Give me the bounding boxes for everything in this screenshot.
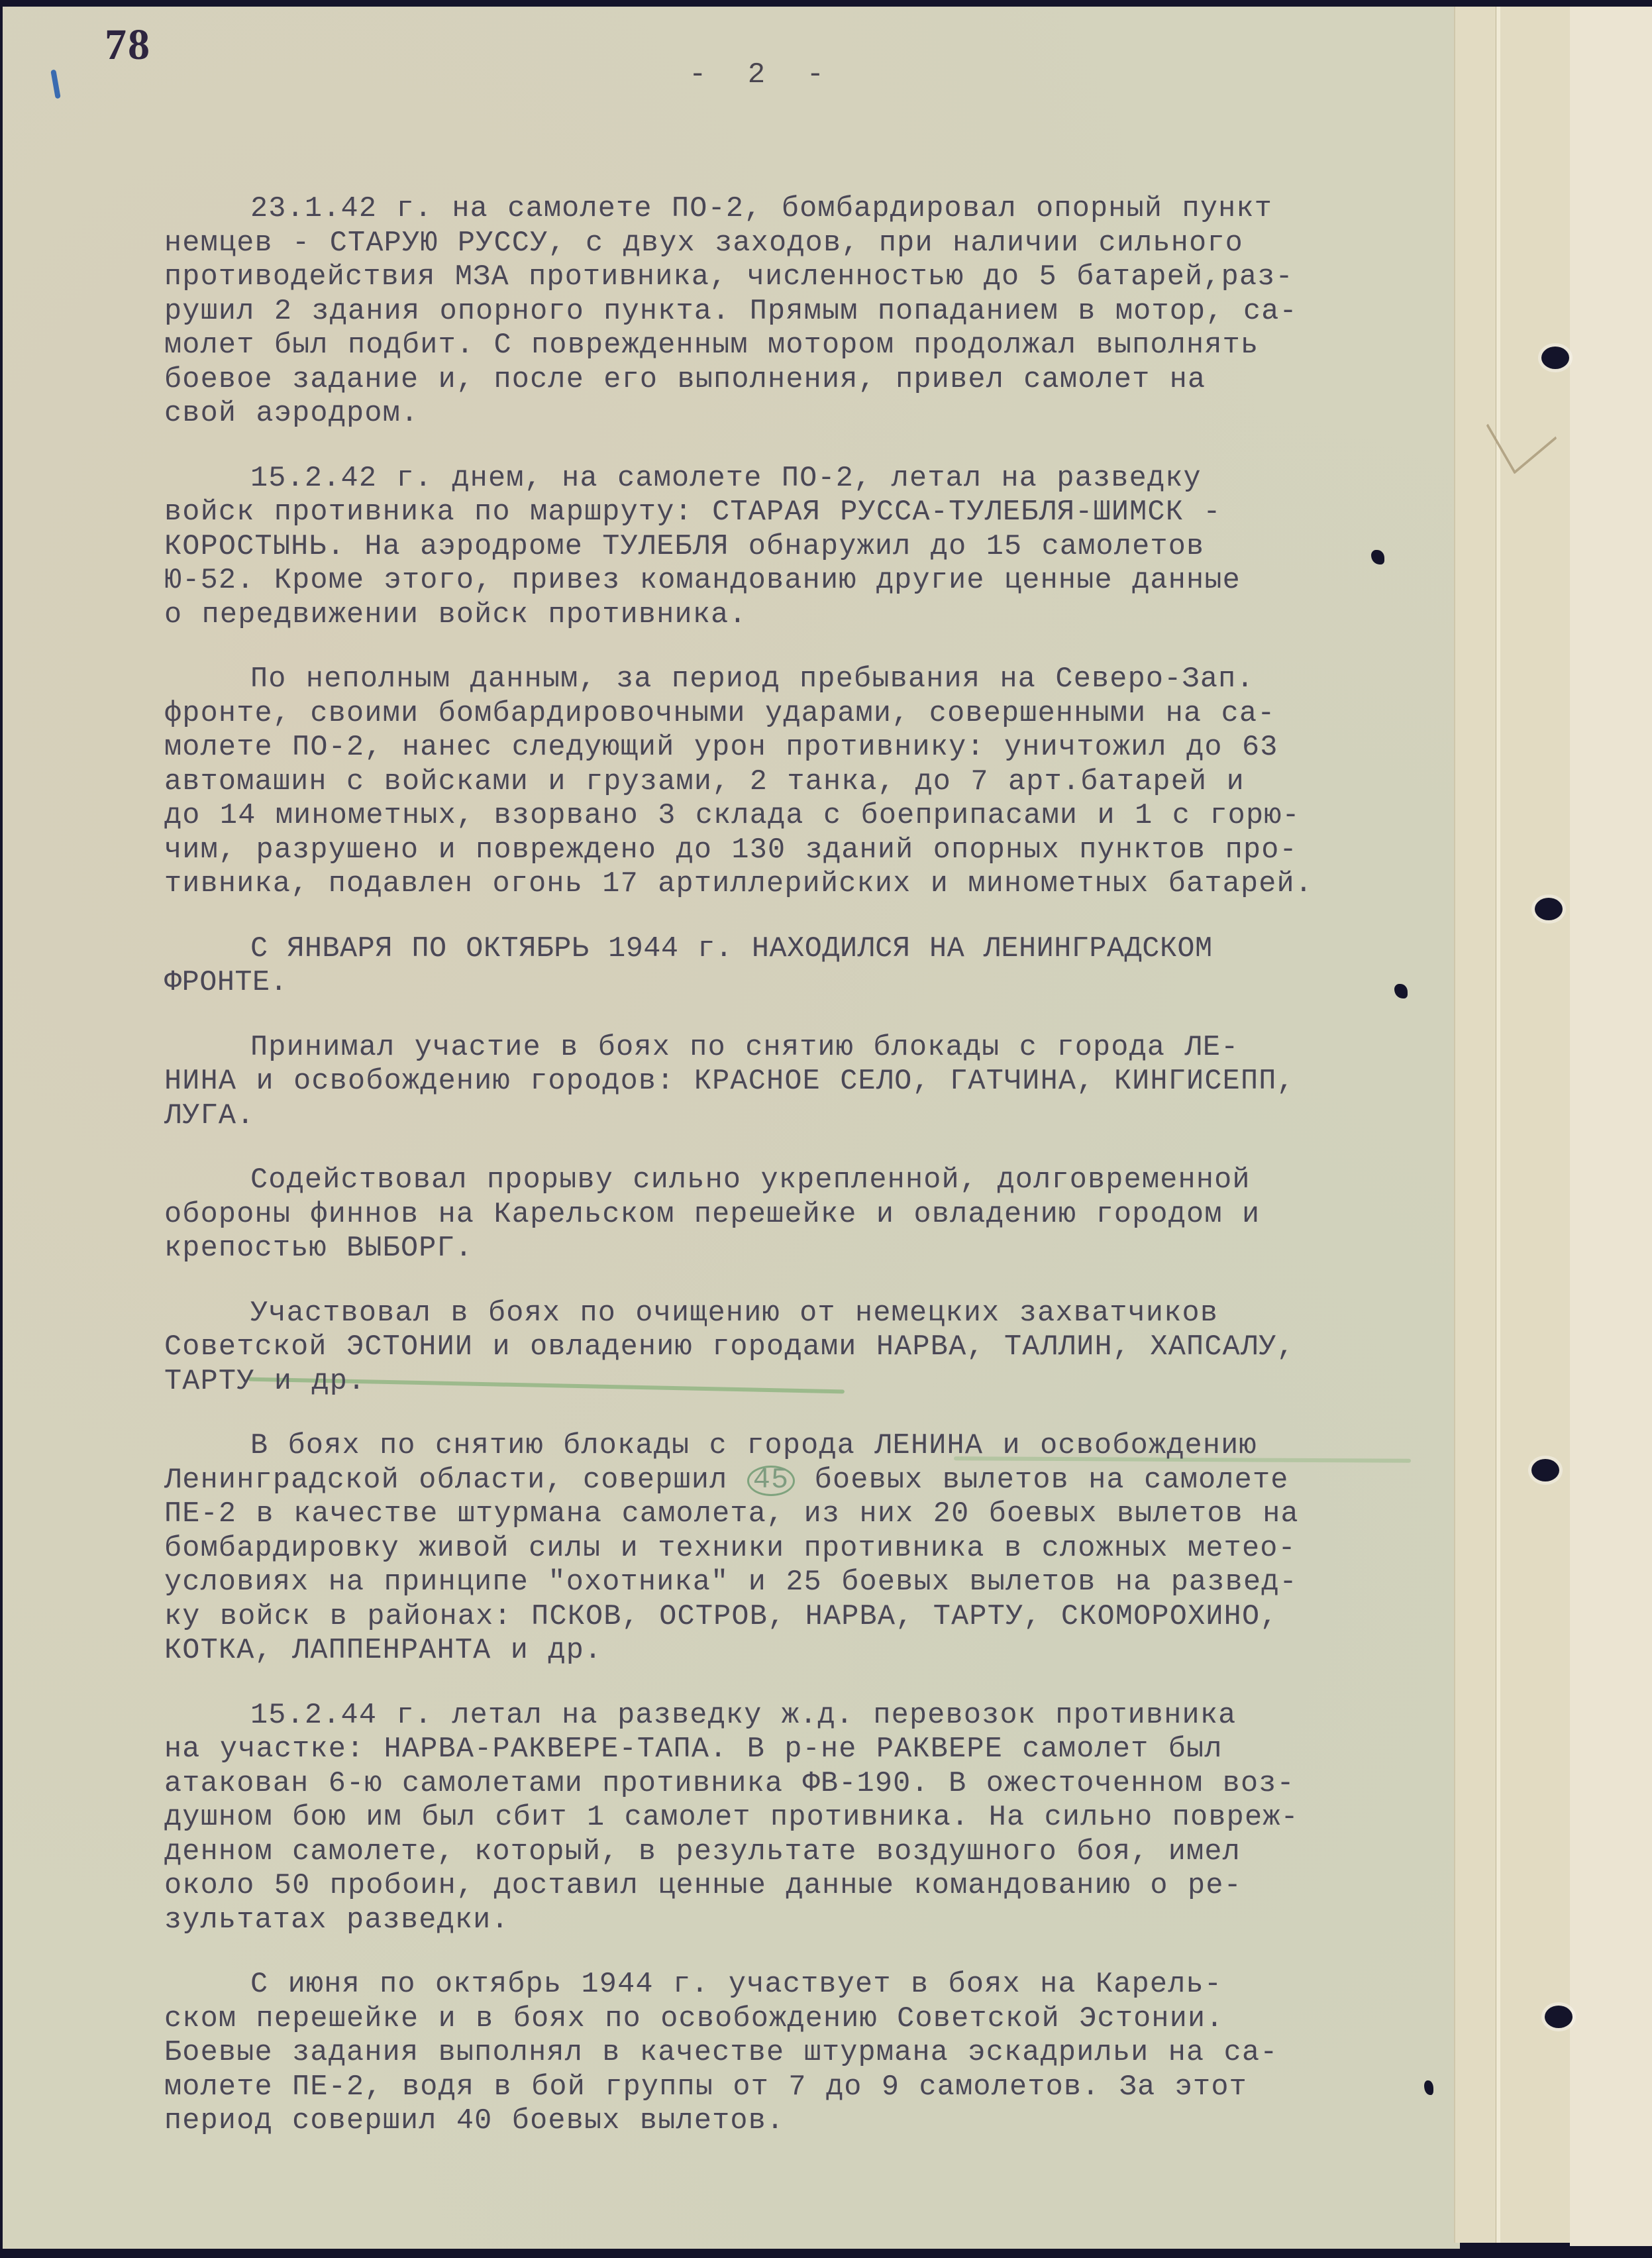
document-body: 23.1.42 г. на самолете ПО-2, бомбардиров… bbox=[164, 192, 1423, 2169]
text-line: денном самолете, который, в результате в… bbox=[164, 1835, 1423, 1870]
text-line: около 50 пробоин, доставил ценные данные… bbox=[164, 1869, 1423, 1904]
text-line: 15.2.42 г. днем, на самолете ПО-2, летал… bbox=[164, 462, 1423, 496]
text-line: бомбардировку живой силы и техники проти… bbox=[164, 1532, 1423, 1566]
text-line: ском перешейке и в боях по освобождению … bbox=[164, 2002, 1423, 2037]
paragraph: С июня по октябрь 1944 г. участвует в бо… bbox=[164, 1968, 1423, 2139]
text-line: 15.2.44 г. летал на разведку ж.д. перево… bbox=[164, 1699, 1423, 1733]
text-line: зультатах разведки. bbox=[164, 1904, 1423, 1938]
text-line: Участвовал в боях по очищению от немецки… bbox=[164, 1297, 1423, 1331]
text-line: душном бою им был сбит 1 самолет противн… bbox=[164, 1801, 1423, 1835]
binding-strip bbox=[1454, 7, 1573, 2243]
page-number: - 2 - bbox=[689, 58, 836, 91]
binding-fold bbox=[1496, 7, 1500, 2243]
text-line: ку войск в районах: ПСКОВ, ОСТРОВ, НАРВА… bbox=[164, 1600, 1423, 1635]
text-line: рушил 2 здания опорного пункта. Прямым п… bbox=[164, 295, 1423, 329]
text-line: крепостью ВЫБОРГ. bbox=[164, 1232, 1423, 1266]
text-line: 23.1.42 г. на самолете ПО-2, бомбардиров… bbox=[164, 192, 1423, 227]
text-line: С ЯНВАРЯ ПО ОКТЯБРЬ 1944 г. НАХОДИЛСЯ НА… bbox=[164, 932, 1423, 967]
text-line: ТАРТУ и др. bbox=[164, 1365, 1423, 1399]
text-line: условиях на принципе "охотника" и 25 бое… bbox=[164, 1566, 1423, 1600]
text-line: Ленинградской области, совершил 45 боевы… bbox=[164, 1464, 1423, 1498]
text-line: молете ПЕ-2, водя в бой группы от 7 до 9… bbox=[164, 2070, 1423, 2105]
paragraph: Участвовал в боях по очищению от немецки… bbox=[164, 1297, 1423, 1399]
text-line: По неполным данным, за период пребывания… bbox=[164, 663, 1423, 697]
text-line: Содействовал прорыву сильно укрепленной,… bbox=[164, 1163, 1423, 1198]
text-line: тивника, подавлен огонь 17 артиллерийски… bbox=[164, 867, 1423, 902]
text-line: Принимал участие в боях по снятию блокад… bbox=[164, 1031, 1423, 1065]
text-line: С июня по октябрь 1944 г. участвует в бо… bbox=[164, 1968, 1423, 2002]
punch-hole-icon bbox=[1545, 2006, 1573, 2028]
text-line: противодействия МЗА противника, численно… bbox=[164, 260, 1423, 295]
text-line: Боевые задания выполнял в качестве штурм… bbox=[164, 2036, 1423, 2070]
paragraph: По неполным данным, за период пребывания… bbox=[164, 663, 1423, 902]
punch-hole-icon bbox=[1541, 347, 1569, 369]
paragraph: С ЯНВАРЯ ПО ОКТЯБРЬ 1944 г. НАХОДИЛСЯ НА… bbox=[164, 932, 1423, 1000]
text-line: обороны финнов на Карельском перешейке и… bbox=[164, 1198, 1423, 1232]
text-line: период совершил 40 боевых вылетов. bbox=[164, 2104, 1423, 2139]
punch-hole-icon bbox=[1531, 1459, 1559, 1481]
text-line: боевое задание и, после его выполнения, … bbox=[164, 363, 1423, 398]
text-line: Ю-52. Кроме этого, привез командованию д… bbox=[164, 564, 1423, 598]
text-line: войск противника по маршруту: СТАРАЯ РУС… bbox=[164, 496, 1423, 530]
text-line: атакован 6-ю самолетами противника ФВ-19… bbox=[164, 1767, 1423, 1801]
text-line: на участке: НАРВА-РАКВЕРЕ-ТАПА. В р-не Р… bbox=[164, 1733, 1423, 1767]
text-line: молет был подбит. С поврежденным мотором… bbox=[164, 329, 1423, 363]
text-line: фронте, своими бомбардировочными ударами… bbox=[164, 697, 1423, 731]
text-line: ПЕ-2 в качестве штурмана самолета, из ни… bbox=[164, 1497, 1423, 1532]
paragraph: 15.2.44 г. летал на разведку ж.д. перево… bbox=[164, 1699, 1423, 1938]
back-page-edge bbox=[1570, 7, 1652, 2246]
text-line: Советской ЭСТОНИИ и овладению городами Н… bbox=[164, 1330, 1423, 1365]
paragraph: Принимал участие в боях по снятию блокад… bbox=[164, 1031, 1423, 1134]
text-line: немцев - СТАРУЮ РУССУ, с двух заходов, п… bbox=[164, 227, 1423, 261]
text-line: НИНА и освобождению городов: КРАСНОЕ СЕЛ… bbox=[164, 1065, 1423, 1099]
paragraph: В боях по снятию блокады с города ЛЕНИНА… bbox=[164, 1429, 1423, 1668]
circled-annotation: 45 bbox=[747, 1466, 796, 1496]
text-line: КОТКА, ЛАППЕНРАНТА и др. bbox=[164, 1634, 1423, 1668]
text-line: о передвижении войск противника. bbox=[164, 598, 1423, 633]
text-line: до 14 минометных, взорвано 3 склада с бо… bbox=[164, 799, 1423, 833]
text-line: КОРОСТЫНЬ. На аэродроме ТУЛЕБЛЯ обнаружи… bbox=[164, 530, 1423, 564]
text-line: В боях по снятию блокады с города ЛЕНИНА… bbox=[164, 1429, 1423, 1464]
text-line: ФРОНТЕ. bbox=[164, 966, 1423, 1000]
paragraph: Содействовал прорыву сильно укрепленной,… bbox=[164, 1163, 1423, 1266]
paragraph: 15.2.42 г. днем, на самолете ПО-2, летал… bbox=[164, 462, 1423, 633]
paragraph: 23.1.42 г. на самолете ПО-2, бомбардиров… bbox=[164, 192, 1423, 431]
text-line: молете ПО-2, нанес следующий урон против… bbox=[164, 731, 1423, 765]
text-line: чим, разрушено и повреждено до 130 здани… bbox=[164, 833, 1423, 868]
text-line: автомашин с войсками и грузами, 2 танка,… bbox=[164, 765, 1423, 800]
sheet-number: 78 bbox=[105, 20, 151, 70]
text-line: ЛУГА. bbox=[164, 1099, 1423, 1134]
punch-hole-icon bbox=[1535, 898, 1563, 920]
text-line: свой аэродром. bbox=[164, 397, 1423, 431]
